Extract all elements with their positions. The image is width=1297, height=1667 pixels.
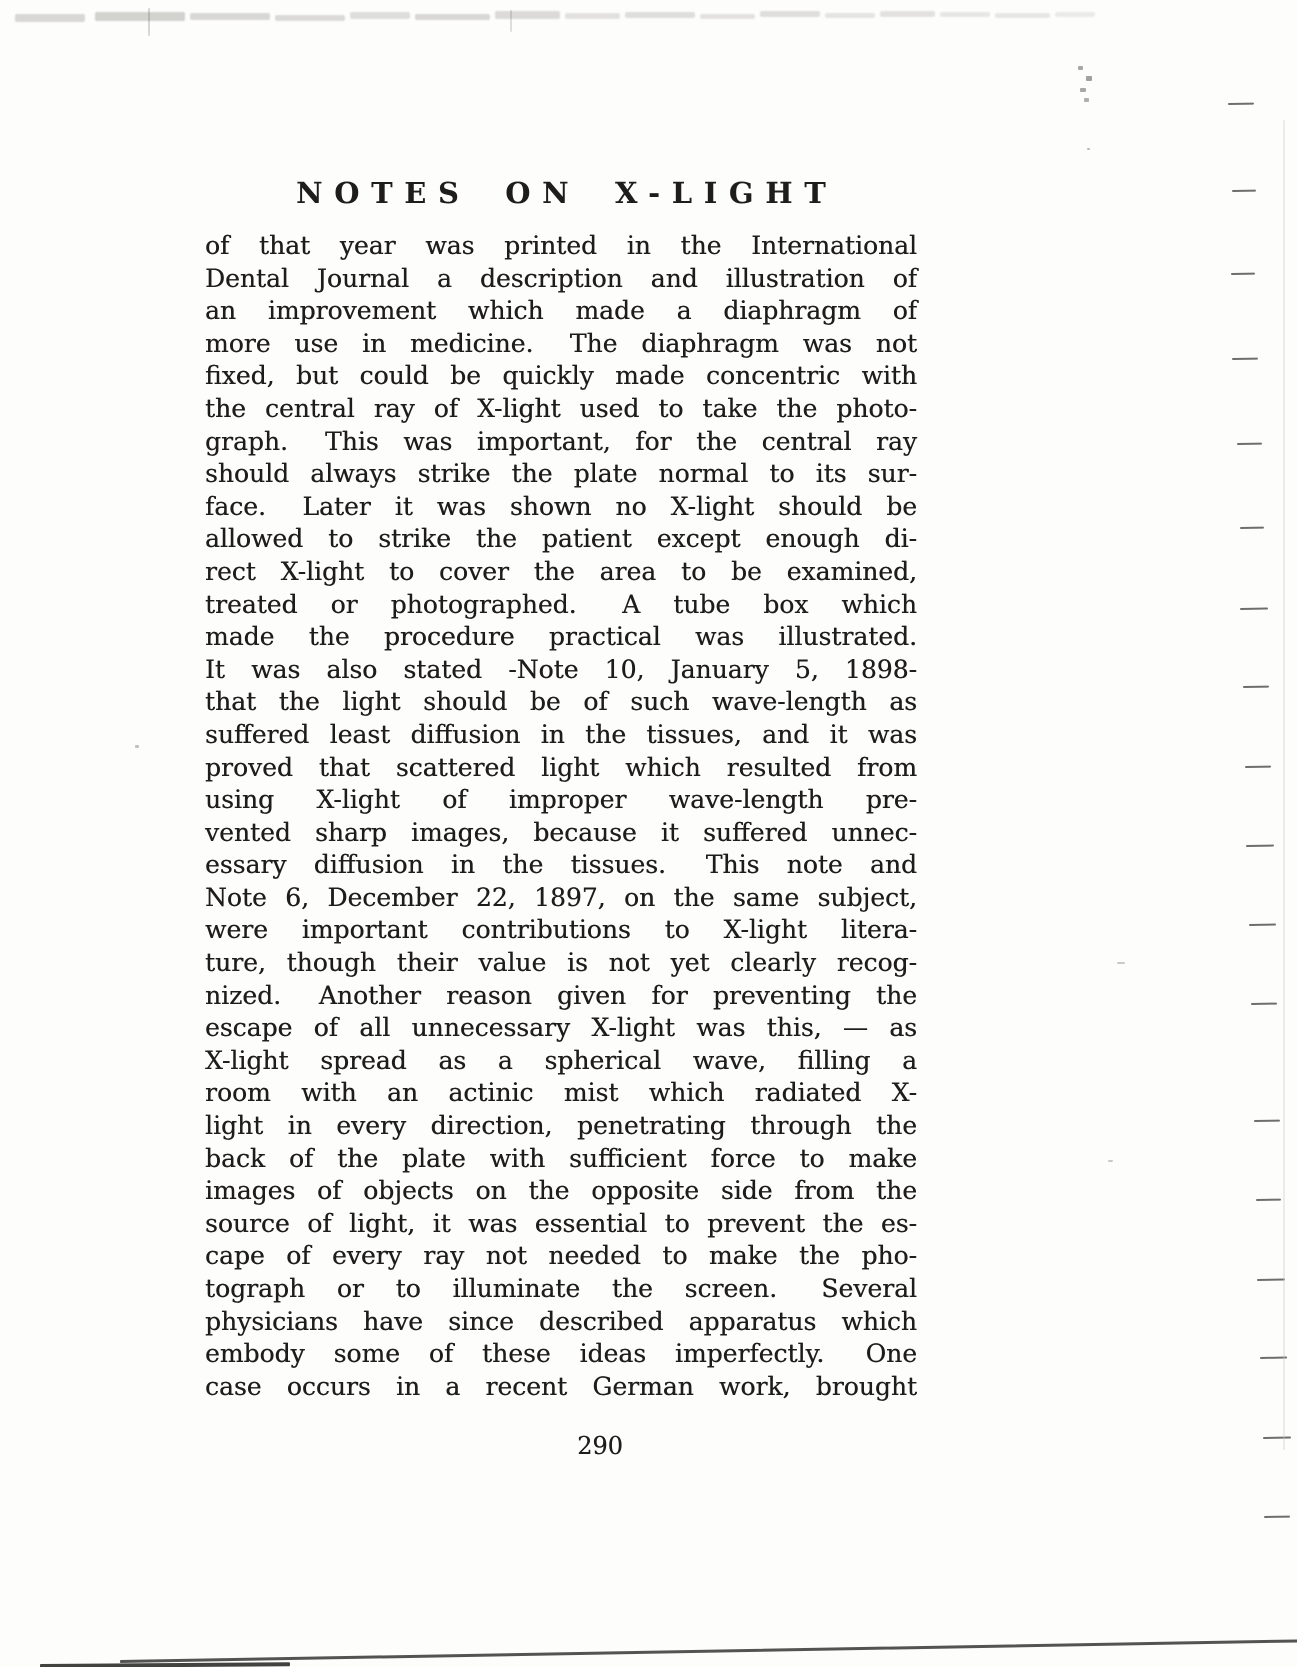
body-text-line: treated or photographed. A tube box whic… xyxy=(205,589,917,622)
body-text-line: X-light spread as a spherical wave, fill… xyxy=(205,1045,917,1078)
scan-dash-artifact xyxy=(1237,443,1262,446)
body-text-line: Dental Journal a description and illustr… xyxy=(205,263,917,296)
scan-smudge xyxy=(760,11,820,17)
scan-dash-artifact xyxy=(1246,845,1274,848)
body-text-line: essary diffusion in the tissues. This no… xyxy=(205,849,917,882)
scan-smudge xyxy=(350,12,410,19)
scan-dash-artifact xyxy=(1263,1437,1291,1440)
scan-speck xyxy=(135,745,139,748)
body-text-line: the central ray of X-light used to take … xyxy=(205,393,917,426)
scan-smudge xyxy=(190,13,270,20)
body-text-line: embody some of these ideas imperfectly. … xyxy=(205,1338,917,1371)
body-text-line: should always strike the plate normal to… xyxy=(205,458,917,491)
body-text-line: case occurs in a recent German work, bro… xyxy=(205,1371,917,1404)
scan-dash-artifact xyxy=(1243,686,1269,689)
body-text-line: an improvement which made a diaphragm of xyxy=(205,295,917,328)
body-text-line: source of light, it was essential to pre… xyxy=(205,1208,917,1241)
body-text-line: of that year was printed in the Internat… xyxy=(205,230,917,263)
scan-dash-artifact xyxy=(1240,527,1264,530)
scan-smudge xyxy=(880,11,935,17)
scan-dash-artifact xyxy=(1251,1003,1277,1006)
page-number: 290 xyxy=(540,1432,660,1460)
scan-speck xyxy=(1087,148,1090,150)
body-text-line: light in every direction, penetrating th… xyxy=(205,1110,917,1143)
scan-speck xyxy=(148,8,150,36)
scan-speck xyxy=(1080,88,1086,92)
body-text-line: were important contributions to X-light … xyxy=(205,914,917,947)
body-text-line: graph. This was important, for the centr… xyxy=(205,426,917,459)
page-title: NOTES ON X-LIGHT xyxy=(205,176,917,210)
body-text-line: back of the plate with sufficient force … xyxy=(205,1143,917,1176)
scan-dash-artifact xyxy=(1245,766,1271,769)
scan-smudge xyxy=(1055,12,1095,17)
scan-smudge xyxy=(625,12,695,18)
body-text-line: tograph or to illuminate the screen. Sev… xyxy=(205,1273,917,1306)
scan-dash-artifact xyxy=(1256,1199,1281,1202)
body-text-line: made the procedure practical was illustr… xyxy=(205,621,917,654)
scan-speck xyxy=(1086,76,1092,81)
scan-dash-artifact xyxy=(1260,1357,1287,1360)
scan-smudge xyxy=(940,12,990,17)
body-text-line: suffered least diffusion in the tissues,… xyxy=(205,719,917,752)
body-text-line: proved that scattered light which result… xyxy=(205,752,917,785)
body-text: of that year was printed in the Internat… xyxy=(205,230,917,1403)
scan-speck xyxy=(1108,1160,1113,1162)
body-text-line: allowed to strike the patient except eno… xyxy=(205,523,917,556)
scan-speck xyxy=(1117,962,1125,964)
scan-smudge xyxy=(995,13,1050,18)
body-text-line: that the light should be of such wave-le… xyxy=(205,686,917,719)
scan-dash-artifact xyxy=(1264,1516,1290,1519)
scan-smudge xyxy=(700,14,755,19)
scanned-book-page: NOTES ON X-LIGHT of that year was printe… xyxy=(0,0,1297,1667)
scan-smudge xyxy=(415,14,490,20)
body-text-line: using X-light of improper wave-length pr… xyxy=(205,784,917,817)
body-text-line: Note 6, December 22, 1897, on the same s… xyxy=(205,882,917,915)
scan-dash-artifact xyxy=(1228,103,1254,106)
body-text-line: nized. Another reason given for preventi… xyxy=(205,980,917,1013)
scan-smudge xyxy=(565,13,620,19)
body-text-line: more use in medicine. The diaphragm was … xyxy=(205,328,917,361)
scan-dash-artifact xyxy=(1254,1120,1280,1123)
scan-dash-artifact xyxy=(1240,608,1268,611)
scan-smudge xyxy=(95,12,185,21)
body-text-line: ture, though their value is not yet clea… xyxy=(205,947,917,980)
scan-dash-artifact xyxy=(1257,1279,1285,1282)
scan-smudge xyxy=(495,11,560,19)
body-text-line: vented sharp images, because it suffered… xyxy=(205,817,917,850)
scan-speck xyxy=(510,10,512,32)
body-text-line: room with an actinic mist which radiated… xyxy=(205,1077,917,1110)
scan-dash-artifact xyxy=(1249,924,1276,927)
scan-smudge xyxy=(275,15,345,21)
body-text-line: cape of every ray not needed to make the… xyxy=(205,1240,917,1273)
body-text-line: rect X-light to cover the area to be exa… xyxy=(205,556,917,589)
scan-dash-artifact xyxy=(1232,358,1258,361)
scan-smudge xyxy=(15,14,85,22)
body-text-line: face. Later it was shown no X-light shou… xyxy=(205,491,917,524)
scan-dash-artifact xyxy=(1231,273,1255,276)
scan-speck xyxy=(1084,98,1089,102)
scan-dash-artifact xyxy=(1232,190,1256,193)
page-edge-line xyxy=(40,1662,290,1667)
scan-smudge xyxy=(825,13,875,18)
body-text-line: fixed, but could be quickly made concent… xyxy=(205,360,917,393)
scan-speck xyxy=(1078,66,1083,70)
body-text-line: physicians have since described apparatu… xyxy=(205,1306,917,1339)
body-text-line: escape of all unnecessary X-light was th… xyxy=(205,1012,917,1045)
body-text-line: It was also stated -Note 10, January 5, … xyxy=(205,654,917,687)
page-edge-line xyxy=(1283,120,1285,1450)
page-edge-line xyxy=(120,1639,1297,1662)
body-text-line: images of objects on the opposite side f… xyxy=(205,1175,917,1208)
